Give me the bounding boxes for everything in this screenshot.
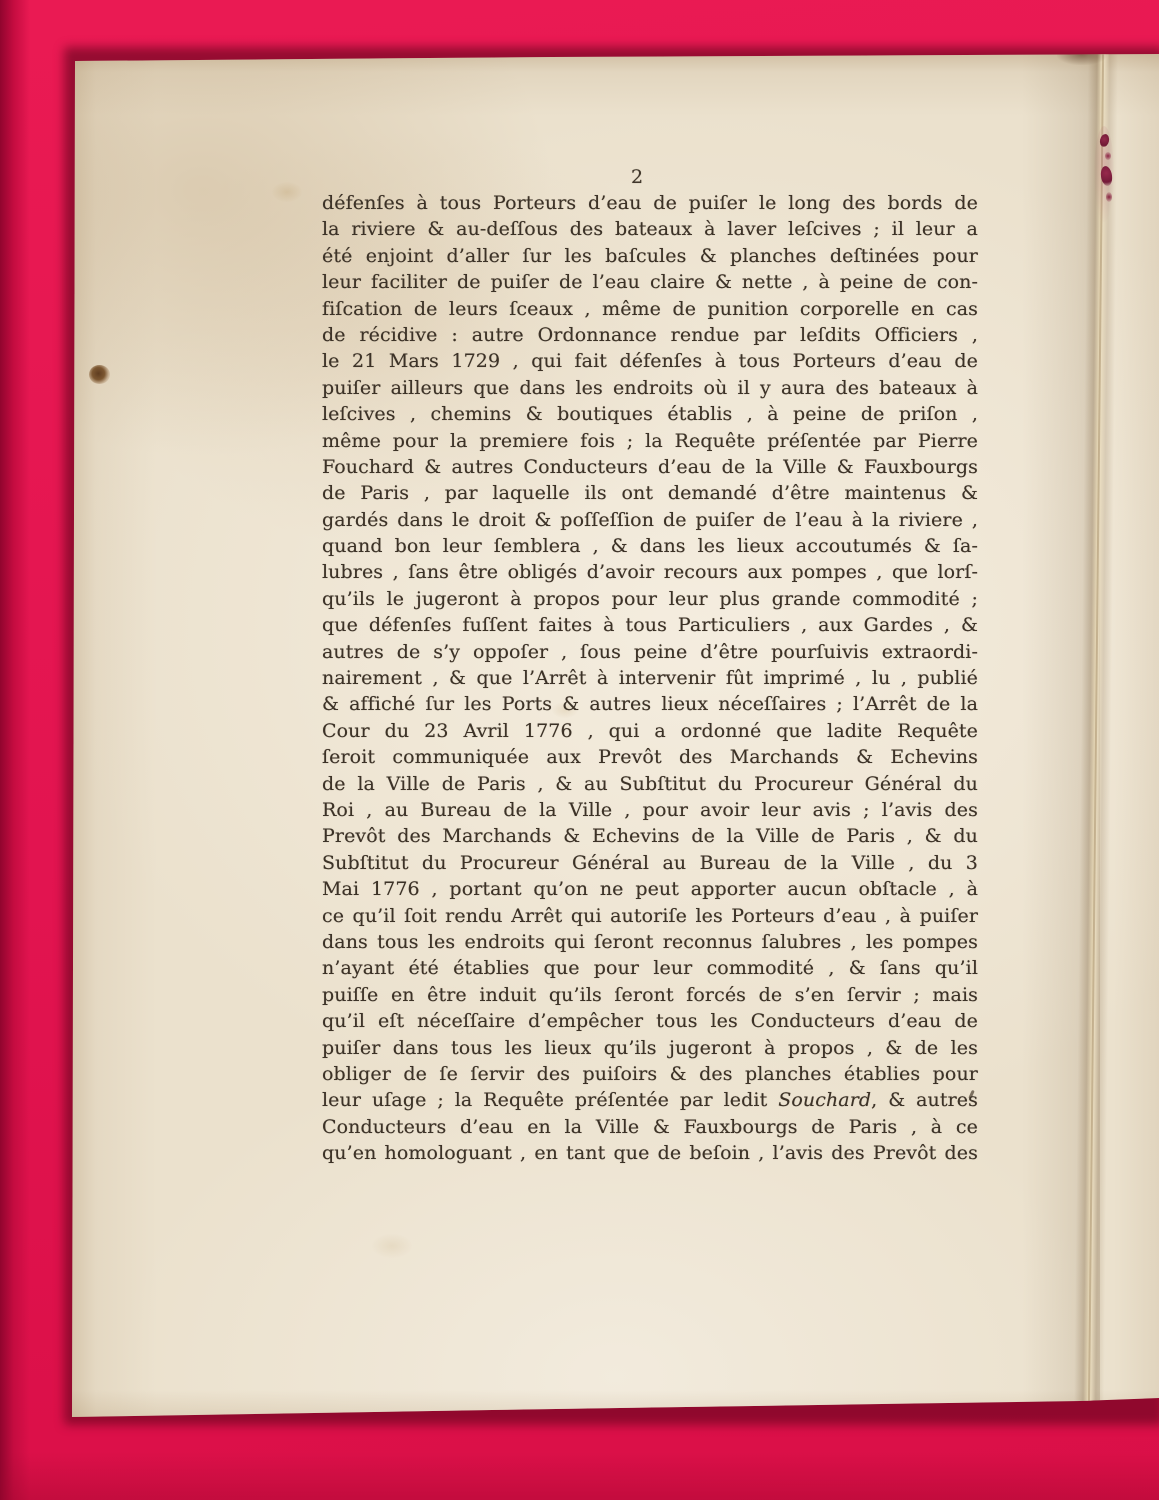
text-line: obliger de ſe ſervir des puiſoirs & des … [322, 1061, 978, 1087]
text-line: lubres , ſans être obligés d’avoir recou… [322, 559, 978, 585]
text-line: Fouchard & autres Conducteurs d’eau de l… [322, 454, 978, 480]
text-line: fiſcation de leurs ſceaux , même de puni… [322, 296, 978, 322]
text-line: ſeroit communiquée aux Prevôt des Marcha… [322, 744, 978, 770]
text-line: gardés dans le droit & poſſeſſion de pui… [322, 507, 978, 533]
text-line: Prevôt des Marchands & Echevins de la Vi… [322, 823, 978, 849]
text-line: de la Ville de Paris , & au Subſtitut du… [322, 771, 978, 797]
text-line: même pour la premiere fois ; la Requête … [322, 428, 978, 454]
foxing-stain [372, 1234, 412, 1258]
text-line: leſcives , chemins & boutiques établis ,… [322, 401, 978, 427]
text-line: Roi , au Bureau de la Ville , pour avoir… [322, 797, 978, 823]
text-line: le 21 Mars 1729 , qui fait défenſes à to… [322, 348, 978, 374]
text-line: n’ayant été établies que pour leur commo… [322, 955, 978, 981]
scanned-document-photo: 2 défenſes à tous Porteurs d’eau de puiſ… [0, 0, 1159, 1500]
text-line: que défenſes fuſſent faites à tous Parti… [322, 612, 978, 638]
text-segment: leur uſage ; la Requête préſentée par le… [322, 1089, 778, 1111]
brown-ink-spot [89, 365, 110, 384]
red-wax-stain-group [1092, 124, 1122, 264]
text-line: Conducteurs d’eau en la Ville & Fauxbour… [322, 1114, 978, 1140]
text-line: Subſtitut du Procureur Général au Bureau… [322, 850, 978, 876]
text-line: puiſer ailleurs que dans les endroits où… [322, 375, 978, 401]
text-line: puiſſe en être induit qu’ils ſeront forc… [322, 982, 978, 1008]
text-line: autres de s’y oppoſer , ſous peine d’êtr… [322, 639, 978, 665]
text-line: Cour du 23 Avril 1776 , qui a ordonné qu… [322, 718, 978, 744]
text-line: de récidive : autre Ordonnance rendue pa… [322, 322, 978, 348]
text-line: qu’ils le jugeront à propos pour leur pl… [322, 586, 978, 612]
text-line: & affiché ſur les Ports & autres lieux n… [322, 691, 978, 717]
foxing-stain [272, 182, 302, 202]
text-line: défenſes à tous Porteurs d’eau de puiſer… [322, 190, 978, 216]
text-line: qu’il eſt néceſſaire d’empêcher tous les… [322, 1008, 978, 1034]
scan-edge-shadow-bottom [0, 1452, 1159, 1500]
text-line: la riviere & au-deſſous des bateaux à la… [322, 216, 978, 242]
text-line: été enjoint d’aller ſur les baſcules & p… [322, 243, 978, 269]
italic-name-souchard: Souchard [778, 1089, 871, 1111]
text-line: nairement , & que l’Arrêt à intervenir f… [322, 665, 978, 691]
fold-top-notch-shadow [1057, 54, 1107, 65]
text-line: de Paris , par laquelle ils ont demandé … [322, 480, 978, 506]
text-line: qu’en homologuant , en tant que de beſoi… [322, 1140, 978, 1166]
text-line: ce qu’il ſoit rendu Arrêt qui autoriſe l… [322, 903, 978, 929]
text-segment: , & autres [871, 1089, 978, 1111]
wax-stain-blob [1106, 192, 1112, 202]
body-text-block: défenſes à tous Porteurs d’eau de puiſer… [322, 190, 978, 1166]
wax-stain-blob [1105, 152, 1111, 160]
scan-edge-shadow-left [0, 0, 30, 1500]
text-line: leur faciliter de puiſer de l’eau claire… [322, 269, 978, 295]
text-line: Mai 1776 , portant qu’on ne peut apporte… [322, 876, 978, 902]
page-number: 2 [557, 166, 717, 188]
text-line: dans tous les endroits qui ſeront reconn… [322, 929, 978, 955]
text-line: puiſer dans tous les lieux qu’ils jugero… [322, 1035, 978, 1061]
text-line: quand bon leur ſemblera , & dans les lie… [322, 533, 978, 559]
document-page: 2 défenſes à tous Porteurs d’eau de puiſ… [72, 54, 1159, 1418]
text-line-with-italic: leur uſage ; la Requête préſentée par le… [322, 1087, 978, 1113]
